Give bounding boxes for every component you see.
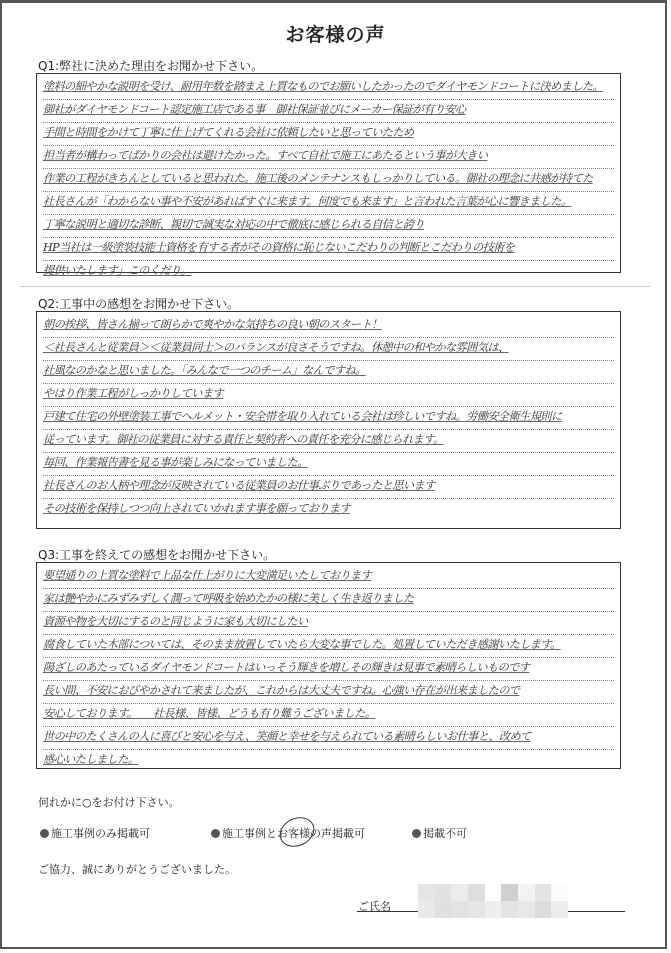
answer-line: 安心しております。 社長様、皆様、どうも有り難うございました。 bbox=[43, 704, 614, 727]
answer-line: 世の中のたくさんの人に喜びと安心を与え、笑顔と幸せを与えられている素晴らしいお仕… bbox=[43, 727, 614, 750]
answer-line: 御社がダイヤモンドコート認定施工店である事 御社保証並びにメーカー保証が有り安心 bbox=[43, 100, 614, 123]
thanks-text: ご協力、誠にありがとうございました。 bbox=[38, 861, 236, 877]
answer-line: 作業の工程がきちんとしていると思われた。施工後のメンテナンスもしっかりしている。… bbox=[43, 169, 614, 192]
answer-line: 資源や物を大切にするのと同じように家も大切にしたい bbox=[43, 612, 614, 635]
answer-line: 腐食していた木部については、そのまま放置していたら大変な事でした。処置していただ… bbox=[43, 635, 614, 658]
answer-line: 担当者が構わってばかりの会社は避けたかった。すべて自社で施工にあたるという事が大… bbox=[43, 146, 614, 169]
page-title: お客様の声 bbox=[0, 20, 671, 47]
answer-line: HP当社は一級塗装技能士資格を有する者がその資格に恥じないこだわりの判断とこだわ… bbox=[43, 238, 614, 261]
divider bbox=[20, 286, 650, 287]
answer-line: 社長さんが「わからない事や不安があればすぐに来ます。何度でも来ます」と言われた言… bbox=[43, 192, 614, 215]
answer-line: 提供いたします」このくだり。 bbox=[43, 261, 614, 283]
bullet-icon bbox=[412, 829, 421, 838]
answer-line: 朝の挨拶、皆さん揃って朗らかで爽やかな気持ちの良い朝のスタート！ bbox=[43, 315, 614, 338]
answer-line: やはり作業工程がしっかりしています bbox=[43, 384, 614, 407]
question-2-answer-box: 朝の挨拶、皆さん揃って朗らかで爽やかな気持ちの良い朝のスタート！ ＜社長さんと従… bbox=[36, 311, 621, 529]
answer-line: 長い間、不安におびやかされて来ましたが、これからは大丈夫ですね。心強い存在が出来… bbox=[43, 681, 614, 704]
signature-blurred-name bbox=[418, 884, 568, 918]
answer-line: ＜社長さんと従業員＞＜従業員同士＞のバランスが良さそうですね。休憩中の和やかな雰… bbox=[43, 338, 614, 361]
bullet-icon bbox=[211, 829, 220, 838]
answer-line: 手間と時間をかけて丁寧に仕上げてくれる会社に依頼したいと思っていたため bbox=[43, 123, 614, 146]
answer-line: 家は艶やかにみずみずしく潤って呼吸を始めたかの様に美しく生き返りました bbox=[43, 589, 614, 612]
question-1-answer-box: 塗料の細やかな説明を受け、耐用年数を踏まえ上質なものでお願いしたかったのでダイヤ… bbox=[36, 73, 621, 273]
answer-line: 戸建て住宅の外壁塗装工事でヘルメット・安全帯を取り入れている会社は珍しいですね。… bbox=[43, 407, 614, 430]
answer-line: 陽ざしのあたっているダイヤモンドコートはいっそう輝きを増しその輝きは見事で素晴ら… bbox=[43, 658, 614, 681]
answer-line: 従っています。御社の従業員に対する責任と契約者への責任を充分に感じられます。 bbox=[43, 430, 614, 453]
question-1-label: Q1:弊社に決めた理由をお聞かせ下さい。 bbox=[38, 57, 263, 74]
answer-line: 社風なのかなと思いました。「みんなで一つのチーム」なんですね。 bbox=[43, 361, 614, 384]
answer-line: 社長さんのお人柄や理念が反映されている従業員のお仕事ぶりであったと思います bbox=[43, 476, 614, 499]
question-2-label: Q2:工事中の感想をお聞かせ下さい。 bbox=[38, 295, 239, 312]
question-3-answer-box: 要望通りの上質な塗料で上品な仕上がりに大変満足いたしております 家は艶やかにみず… bbox=[36, 562, 621, 769]
question-3-label: Q3:工事を終えての感想をお聞かせ下さい。 bbox=[38, 546, 275, 563]
answer-line: 毎回、作業報告書を見る事が楽しみになっていました。 bbox=[43, 453, 614, 476]
bullet-icon bbox=[40, 829, 49, 838]
answer-line: 丁寧な説明と適切な診断、親切で誠実な対応の中で徹底に感じられる自信と誇り bbox=[43, 215, 614, 238]
answer-line: 要望通りの上質な塗料で上品な仕上がりに大変満足いたしております bbox=[43, 566, 614, 589]
instruction-text: 何れかに○をお付け下さい。 bbox=[38, 794, 180, 810]
answer-line: その技術を保持しつつ向上されていかれます事を願っております bbox=[43, 499, 614, 521]
answer-line: 塗料の細やかな説明を受け、耐用年数を踏まえ上質なものでお願いしたかったのでダイヤ… bbox=[43, 77, 614, 100]
answer-line: 感心いたしました。 bbox=[43, 750, 614, 772]
option-cases-only[interactable]: 施工事例のみ掲載可 bbox=[40, 825, 150, 841]
option-not-allowed[interactable]: 掲載不可 bbox=[412, 825, 467, 841]
